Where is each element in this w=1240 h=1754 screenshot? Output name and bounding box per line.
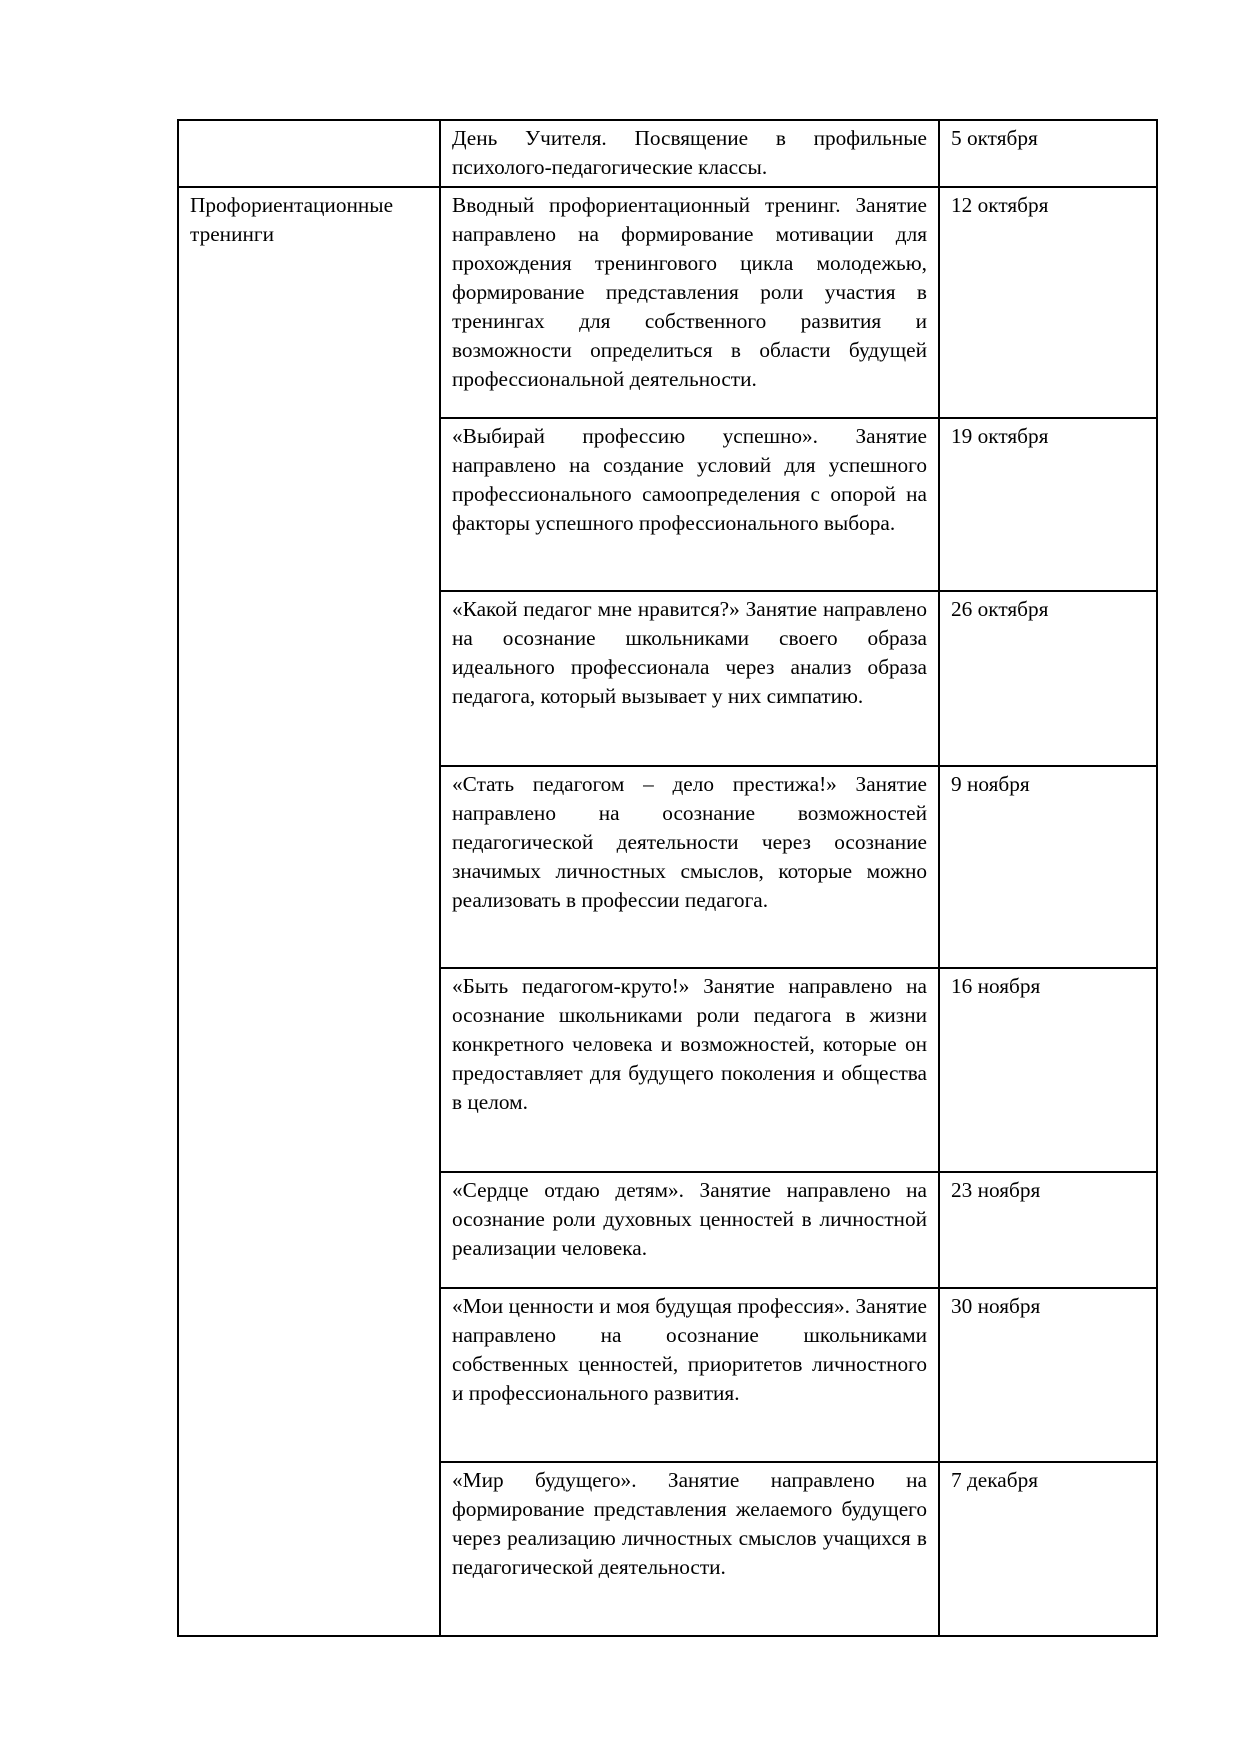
table-row: День Учителя. Посвящение в профильные пс…: [178, 120, 1157, 187]
date-cell: 7 декабря: [939, 1462, 1157, 1636]
date-cell: 16 ноября: [939, 968, 1157, 1172]
description-cell: «Мои ценности и моя будущая профессия». …: [440, 1288, 939, 1462]
date-cell: 26 октября: [939, 591, 1157, 766]
description-cell: «Быть педагогом-круто!» Занятие направле…: [440, 968, 939, 1172]
description-cell: «Выбирай профессию успешно». Занятие нап…: [440, 418, 939, 591]
date-cell: 9 ноября: [939, 766, 1157, 968]
table-row: Профориентационные тренинги Вводный проф…: [178, 187, 1157, 418]
date-cell: 5 октября: [939, 120, 1157, 187]
category-cell: [178, 120, 440, 187]
date-cell: 12 октября: [939, 187, 1157, 418]
description-cell: «Сердце отдаю детям». Занятие направлено…: [440, 1172, 939, 1288]
date-cell: 23 ноября: [939, 1172, 1157, 1288]
description-cell: «Стать педагогом – дело престижа!» Занят…: [440, 766, 939, 968]
date-cell: 30 ноября: [939, 1288, 1157, 1462]
category-cell: Профориентационные тренинги: [178, 187, 440, 1636]
events-table: День Учителя. Посвящение в профильные пс…: [177, 119, 1158, 1637]
description-cell: «Мир будущего». Занятие направлено на фо…: [440, 1462, 939, 1636]
description-cell: «Какой педагог мне нравится?» Занятие на…: [440, 591, 939, 766]
description-cell: Вводный профориентационный тренинг. Заня…: [440, 187, 939, 418]
description-cell: День Учителя. Посвящение в профильные пс…: [440, 120, 939, 187]
document-page: День Учителя. Посвящение в профильные пс…: [0, 0, 1240, 1754]
date-cell: 19 октября: [939, 418, 1157, 591]
